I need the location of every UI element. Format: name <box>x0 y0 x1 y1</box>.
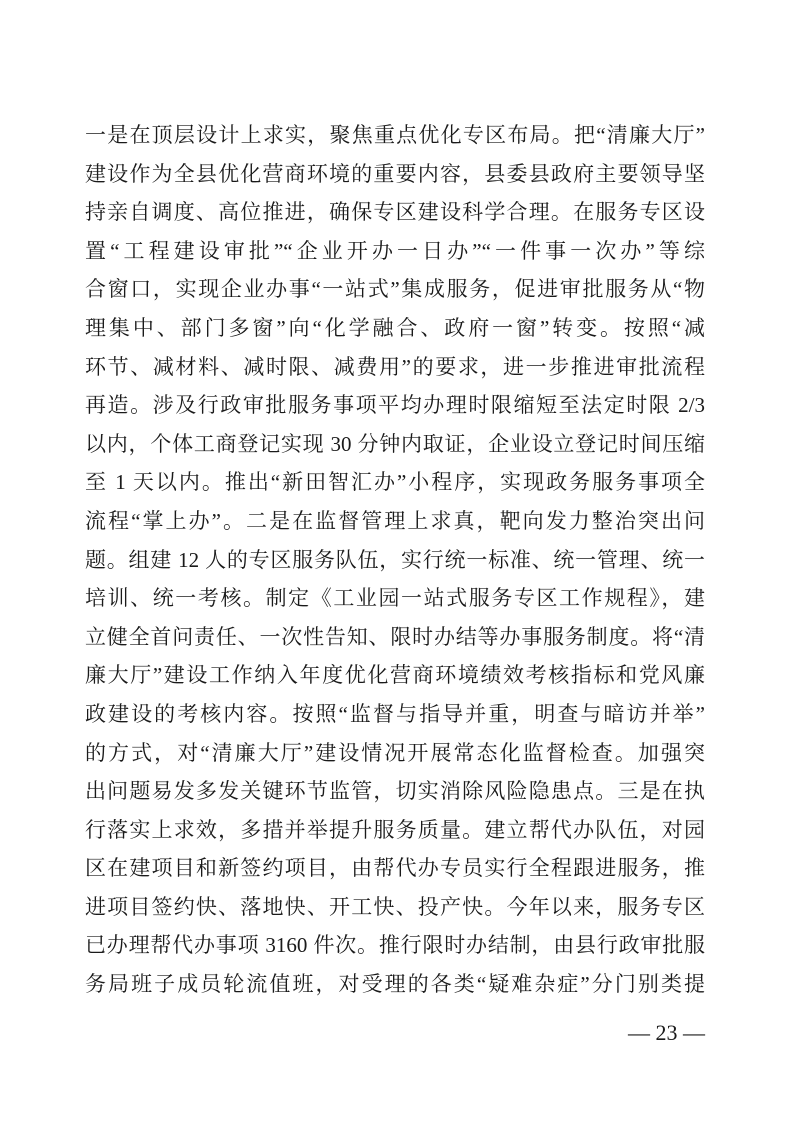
text-line: 廉大厅”建设工作纳入年度优化营商环境绩效考核指标和党风廉 <box>85 656 705 695</box>
text-line: 至 1 天以内。推出“新田智汇办”小程序，实现政务服务事项全 <box>85 463 705 502</box>
text-line: 行落实上求效，多措并举提升服务质量。建立帮代办队伍，对园 <box>85 811 705 850</box>
text-line: 已办理帮代办事项 3160 件次。推行限时办结制，由县行政审批服 <box>85 926 705 965</box>
text-line: 政建设的考核内容。按照“监督与指导并重，明查与暗访并举” <box>85 695 705 734</box>
text-line: 建设作为全县优化营商环境的重要内容，县委县政府主要领导坚 <box>85 155 705 194</box>
text-line: 环节、减材料、减时限、减费用”的要求，进一步推进审批流程 <box>85 348 705 387</box>
text-line: 培训、统一考核。制定《工业园一站式服务专区工作规程》，建 <box>85 579 705 618</box>
text-line: 置“工程建设审批”“企业开办一日办”“一件事一次办”等综 <box>85 232 705 271</box>
text-line: 题。组建 12 人的专区服务队伍，实行统一标准、统一管理、统一 <box>85 541 705 580</box>
text-line: 理集中、部门多窗”向“化学融合、政府一窗”转变。按照“减 <box>85 309 705 348</box>
text-line: 合窗口，实现企业办事“一站式”集成服务，促进审批服务从“物 <box>85 270 705 309</box>
document-page: 一是在顶层设计上求实，聚焦重点优化专区布局。把“清廉大厅” 建设作为全县优化营商… <box>0 0 793 1122</box>
text-line: 出问题易发多发关键环节监管，切实消除风险隐患点。三是在执 <box>85 772 705 811</box>
text-line: 务局班子成员轮流值班，对受理的各类“疑难杂症”分门别类提 <box>85 965 705 1004</box>
text-line: 一是在顶层设计上求实，聚焦重点优化专区布局。把“清廉大厅” <box>85 116 705 155</box>
page-number: — 23 — <box>628 1020 705 1045</box>
text-line: 的方式，对“清廉大厅”建设情况开展常态化监督检查。加强突 <box>85 734 705 773</box>
page-footer: — 23 — <box>85 1020 705 1046</box>
text-line: 持亲自调度、高位推进，确保专区建设科学合理。在服务专区设 <box>85 193 705 232</box>
text-line: 再造。涉及行政审批服务事项平均办理时限缩短至法定时限 2/3 <box>85 386 705 425</box>
body-text: 一是在顶层设计上求实，聚焦重点优化专区布局。把“清廉大厅” 建设作为全县优化营商… <box>85 116 705 1004</box>
text-line: 以内，个体工商登记实现 30 分钟内取证，企业设立登记时间压缩 <box>85 425 705 464</box>
text-line: 流程“掌上办”。二是在监督管理上求真，靶向发力整治突出问 <box>85 502 705 541</box>
text-line: 立健全首问责任、一次性告知、限时办结等办事服务制度。将“清 <box>85 618 705 657</box>
text-line: 进项目签约快、落地快、开工快、投产快。今年以来，服务专区 <box>85 888 705 927</box>
text-line: 区在建项目和新签约项目，由帮代办专员实行全程跟进服务，推 <box>85 849 705 888</box>
